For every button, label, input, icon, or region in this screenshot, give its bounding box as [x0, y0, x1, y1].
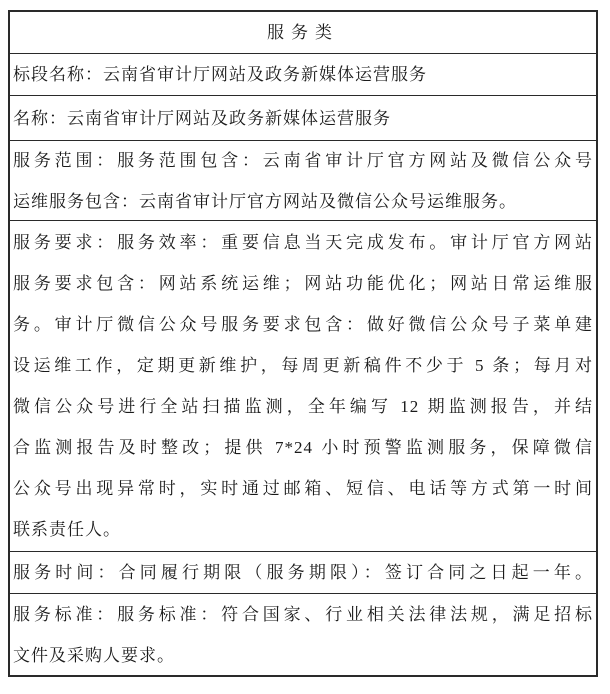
row-service-time: 服务时间：合同履行期限（服务期限）：签订合同之日起一年。 [10, 551, 596, 593]
row-bid-section-name: 标段名称：云南省审计厅网站及政务新媒体运营服务 [10, 53, 596, 95]
table-header-label: 服务类 [267, 12, 339, 53]
row-name: 名称：云南省审计厅网站及政务新媒体运营服务 [10, 95, 596, 140]
row-text-line: 微信公众号进行全站扫描监测，全年编写 12 期监测报告，并结 [13, 386, 593, 427]
row-text-line: 运维服务包含：云南省审计厅官方网站及微信公众号运维服务。 [13, 181, 593, 221]
row-text-line: 标段名称：云南省审计厅网站及政务新媒体运营服务 [13, 54, 593, 95]
row-text-line: 服务时间：合同履行期限（服务期限）：签订合同之日起一年。 [13, 552, 593, 593]
row-text-line: 文件及采购人要求。 [13, 635, 593, 676]
row-service-requirements: 服务要求：服务效率：重要信息当天完成发布。审计厅官方网站服务要求包含：网站系统运… [10, 220, 596, 551]
row-text-line: 合监测报告及时整改；提供 7*24 小时预警监测服务，保障微信 [13, 427, 593, 468]
service-category-table: 服务类 标段名称：云南省审计厅网站及政务新媒体运营服务 名称：云南省审计厅网站及… [8, 10, 598, 677]
row-text-line: 服务标准：服务标准：符合国家、行业相关法律法规，满足招标 [13, 594, 593, 635]
table-header-service-category: 服务类 [10, 12, 596, 53]
row-text-line: 名称：云南省审计厅网站及政务新媒体运营服务 [13, 98, 593, 139]
row-text-line: 联系责任人。 [13, 509, 593, 550]
row-text-line: 设运维工作，定期更新维护，每周更新稿件不少于 5 条；每月对 [13, 345, 593, 386]
row-text-line: 公众号出现异常时，实时通过邮箱、短信、电话等方式第一时间 [13, 468, 593, 509]
row-text-line: 服务范围：服务范围包含：云南省审计厅官方网站及微信公众号 [13, 140, 593, 181]
row-service-standard: 服务标准：服务标准：符合国家、行业相关法律法规，满足招标文件及采购人要求。 [10, 593, 596, 675]
row-text-line: 服务要求包含：网站系统运维；网站功能优化；网站日常运维服 [13, 263, 593, 304]
row-service-scope: 服务范围：服务范围包含：云南省审计厅官方网站及微信公众号运维服务包含：云南省审计… [10, 140, 596, 220]
row-text-line: 务。审计厅微信公众号服务要求包含：做好微信公众号子菜单建 [13, 304, 593, 345]
row-text-line: 服务要求：服务效率：重要信息当天完成发布。审计厅官方网站 [13, 222, 593, 263]
